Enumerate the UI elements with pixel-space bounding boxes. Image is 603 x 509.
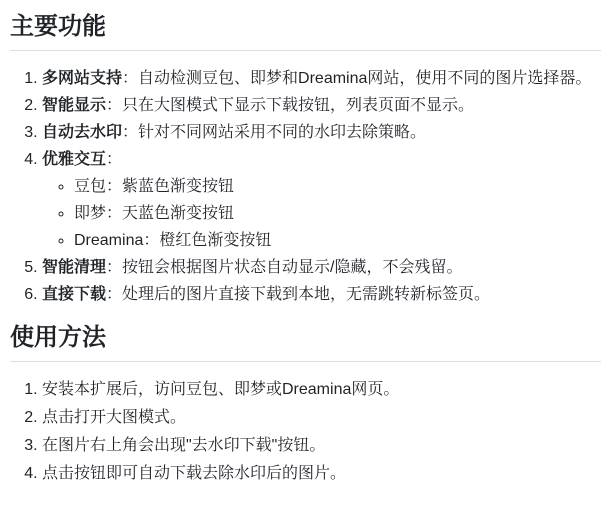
feature-item-colon: ： bbox=[122, 124, 138, 141]
feature-item-colon: ： bbox=[106, 97, 122, 114]
sub-feature-item: 即梦：天蓝色渐变按钮 bbox=[74, 202, 601, 226]
sub-feature-item: 豆包：紫蓝色渐变按钮 bbox=[74, 175, 601, 199]
feature-sublist: 豆包：紫蓝色渐变按钮 即梦：天蓝色渐变按钮 Dreamina：橙红色渐变按钮 bbox=[42, 175, 601, 253]
feature-item: 智能显示：只在大图模式下显示下载按钮，列表页面不显示。 bbox=[42, 94, 601, 118]
features-divider bbox=[10, 50, 601, 51]
feature-item-label: 优雅交互 bbox=[42, 151, 106, 168]
usage-step: 点击按钮即可自动下载去除水印后的图片。 bbox=[42, 462, 601, 486]
usage-step: 安装本扩展后，访问豆包、即梦或Dreamina网页。 bbox=[42, 378, 601, 402]
feature-item: 智能清理：按钮会根据图片状态自动显示/隐藏，不会残留。 bbox=[42, 256, 601, 280]
features-list: 多网站支持：自动检测豆包、即梦和Dreamina网站，使用不同的图片选择器。 智… bbox=[10, 67, 601, 307]
feature-item-text: 处理后的图片直接下载到本地，无需跳转新标签页。 bbox=[122, 286, 490, 303]
feature-item-label: 直接下载 bbox=[42, 286, 106, 303]
feature-item-text: 针对不同网站采用不同的水印去除策略。 bbox=[138, 124, 426, 141]
feature-item-text: 自动检测豆包、即梦和Dreamina网站，使用不同的图片选择器。 bbox=[138, 70, 591, 87]
feature-item-label: 智能清理 bbox=[42, 259, 106, 276]
features-section: 主要功能 多网站支持：自动检测豆包、即梦和Dreamina网站，使用不同的图片选… bbox=[10, 12, 601, 307]
markdown-document: 主要功能 多网站支持：自动检测豆包、即梦和Dreamina网站，使用不同的图片选… bbox=[0, 0, 603, 486]
feature-item-colon: ： bbox=[106, 286, 122, 303]
feature-item-text: 只在大图模式下显示下载按钮，列表页面不显示。 bbox=[122, 97, 474, 114]
usage-heading: 使用方法 bbox=[10, 323, 601, 353]
feature-item-label: 自动去水印 bbox=[42, 124, 122, 141]
usage-step: 点击打开大图模式。 bbox=[42, 406, 601, 430]
feature-item: 自动去水印：针对不同网站采用不同的水印去除策略。 bbox=[42, 121, 601, 145]
sub-feature-item: Dreamina：橙红色渐变按钮 bbox=[74, 229, 601, 253]
usage-step: 在图片右上角会出现"去水印下载"按钮。 bbox=[42, 434, 601, 458]
feature-item-colon: ： bbox=[122, 70, 138, 87]
usage-section: 使用方法 安装本扩展后，访问豆包、即梦或Dreamina网页。 点击打开大图模式… bbox=[10, 323, 601, 486]
usage-divider bbox=[10, 361, 601, 362]
feature-item-text: 按钮会根据图片状态自动显示/隐藏，不会残留。 bbox=[122, 259, 462, 276]
feature-item-colon: ： bbox=[106, 151, 122, 168]
feature-item: 直接下载：处理后的图片直接下载到本地，无需跳转新标签页。 bbox=[42, 283, 601, 307]
feature-item-colon: ： bbox=[106, 259, 122, 276]
feature-item: 优雅交互： 豆包：紫蓝色渐变按钮 即梦：天蓝色渐变按钮 Dreamina：橙红色… bbox=[42, 148, 601, 253]
usage-steps-list: 安装本扩展后，访问豆包、即梦或Dreamina网页。 点击打开大图模式。 在图片… bbox=[10, 378, 601, 486]
feature-item-label: 多网站支持 bbox=[42, 70, 122, 87]
features-heading: 主要功能 bbox=[10, 12, 601, 42]
feature-item: 多网站支持：自动检测豆包、即梦和Dreamina网站，使用不同的图片选择器。 bbox=[42, 67, 601, 91]
feature-item-label: 智能显示 bbox=[42, 97, 106, 114]
